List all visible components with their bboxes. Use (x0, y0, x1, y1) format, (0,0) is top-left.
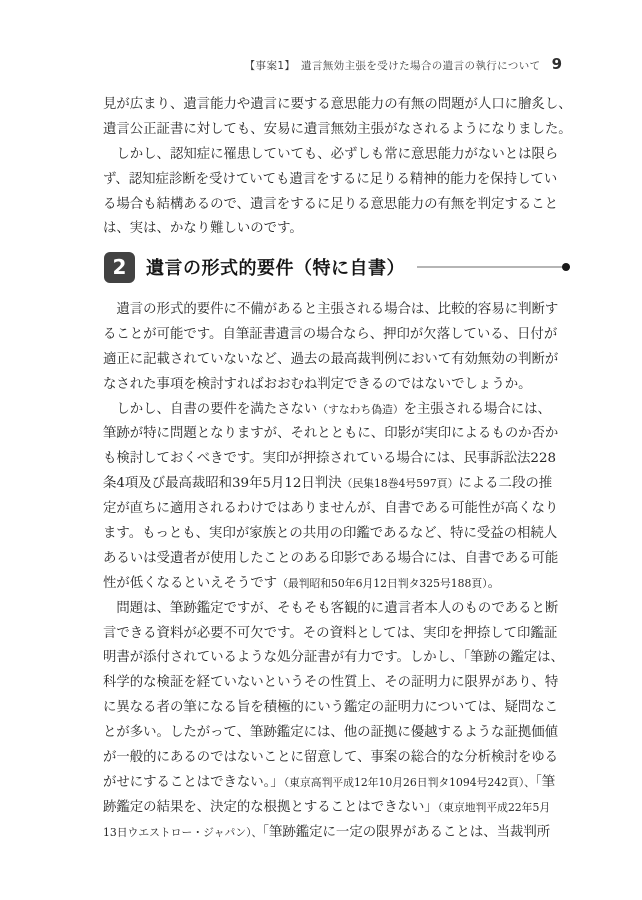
text-line: ます。もっとも、実印が家族との共用の印鑑であるなど、特に受益の相続人 (103, 522, 581, 547)
page-header: 【事案1】 遺言無効主張を受けた場合の遺言の執行について 9 (245, 55, 562, 73)
text-line: がせにすることはできない。」（東京高判平成12年10月26日判タ1094号242… (103, 771, 581, 796)
text-segment: （最判昭和50年6月12日判タ325号188頁） (277, 577, 488, 590)
text-segment: なされた事項を検討すればおおむね判定できるのではないでしょうか。 (103, 377, 532, 392)
text-segment: る場合も結構あるので、遺言をするに足りる意思能力の有無を判定すること (103, 197, 558, 212)
text-line: 跡鑑定の結果を、決定的な根拠とすることはできない」（東京地判平成22年5月 (103, 796, 581, 821)
text-segment: 問題は、筆跡鑑定ですが、そもそも客観的に遺言者本人のものであると断 (103, 601, 558, 616)
text-line: る場合も結構あるので、遺言をするに足りる意思能力の有無を判定すること (103, 193, 581, 218)
text-segment: 「筆跡鑑定に一定の限界があることは、当裁判所 (262, 825, 550, 840)
text-segment: 「筆 (535, 775, 555, 790)
text-segment: による二段の推 (458, 476, 552, 491)
text-segment: が一般的にあるのではないことに留意して、事案の総合的な分析検討をゆる (103, 750, 558, 765)
text-segment: 適正に記載されていないなど、過去の最高裁判例において有効無効の判断が (103, 352, 558, 367)
text-line: 遺言の形式的要件に不備があると主張される場合は、比較的容易に判断す (103, 298, 581, 323)
text-segment: 明書が添付されているような処分証書が有力です。しかし、「筆跡の鑑定は、 (103, 650, 564, 665)
text-line: とが多い。したがって、筆跡鑑定には、他の証拠に優越するような証拠価値 (103, 721, 581, 746)
text-segment: 科学的な検証を経ていないというその性質上、その証明力に限界があり、特 (103, 675, 558, 690)
section-title: 遺言の形式的要件（特に自書） (146, 254, 405, 280)
text-line: 科学的な検証を経ていないというその性質上、その証明力に限界があり、特 (103, 671, 581, 696)
heading-rule-line (417, 266, 570, 268)
text-segment: （民集18巻4号597頁） (342, 477, 459, 490)
text-segment: ることが可能です。自筆証書遺言の場合なら、押印が欠落している、日付が (103, 327, 557, 342)
text-line: 条4項及び最高裁昭和39年5月12日判決（民集18巻4号597頁）による二段の推 (103, 472, 581, 497)
text-segment: は、実は、かなり難しいのです。 (103, 221, 303, 236)
text-segment: （すなわち偽造） (317, 403, 403, 416)
body-text-before-heading: 見が広まり、遺言能力や遺言に要する意思能力の有無の問題が人口に膾炙し、遺言公正証… (103, 93, 581, 242)
text-line: も検討しておくべきです。実印が押捺されている場合には、民事訴訟法228 (103, 447, 581, 472)
text-segment: とが多い。したがって、筆跡鑑定には、他の証拠に優越するような証拠価値 (103, 725, 558, 740)
section-heading: 2 遺言の形式的要件（特に自書） (104, 251, 570, 283)
heading-rule-endpoint-dot (562, 263, 570, 271)
text-segment: を主張される場合には、 (404, 402, 551, 417)
text-line: 性が低くなるといえそうです（最判昭和50年6月12日判タ325号188頁）。 (103, 572, 581, 597)
text-line: 定が直ちに適用されるわけではありませんが、自書である可能性が高くなり (103, 497, 581, 522)
header-title: 【事案1】 遺言無効主張を受けた場合の遺言の執行について (245, 58, 541, 73)
text-line: なされた事項を検討すればおおむね判定できるのではないでしょうか。 (103, 373, 581, 398)
text-segment: あるいは受遺者が使用したことのある印影である場合には、自書である可能 (103, 551, 558, 566)
text-line: あるいは受遺者が使用したことのある印影である場合には、自書である可能 (103, 547, 581, 572)
page-number: 9 (552, 55, 562, 73)
text-line: 見が広まり、遺言能力や遺言に要する意思能力の有無の問題が人口に膾炙し、 (103, 93, 581, 118)
text-segment: も検討しておくべきです。実印が押捺されている場合には、民事訴訟法228 (103, 451, 556, 466)
book-page: 【事案1】 遺言無効主張を受けた場合の遺言の執行について 9 見が広まり、遺言能… (0, 0, 642, 900)
section-number-badge: 2 (104, 252, 135, 283)
text-segment: 定が直ちに適用されるわけではありませんが、自書である可能性が高くなり (103, 501, 558, 516)
text-line: 遺言公正証書に対しても、安易に遺言無効主張がなされるようになりました。 (103, 118, 581, 143)
text-line: 問題は、筆跡鑑定ですが、そもそも客観的に遺言者本人のものであると断 (103, 597, 581, 622)
text-line: 筆跡が特に問題となりますが、それとともに、印影が実印によるものか否か (103, 422, 581, 447)
text-line: 適正に記載されていないなど、過去の最高裁判例において有効無効の判断が (103, 348, 581, 373)
text-line: 言できる資料が必要不可欠です。その資料としては、実印を押捺して印鑑証 (103, 622, 581, 647)
text-segment: ます。もっとも、実印が家族との共用の印鑑であるなど、特に受益の相続人 (103, 526, 557, 541)
text-segment: しかし、認知症に罹患していても、必ずしも常に意思能力がないとは限ら (103, 147, 558, 162)
body-text-after-heading: 遺言の形式的要件に不備があると主張される場合は、比較的容易に判断することが可能で… (103, 298, 581, 846)
text-line: 13日ウエストロー・ジャパン）、「筆跡鑑定に一定の限界があることは、当裁判所 (103, 821, 581, 846)
text-line: ず、認知症診断を受けていても遺言をするに足りる精神的能力を保持してい (103, 168, 581, 193)
text-segment: がせにすることはできない。」 (103, 775, 284, 790)
text-line: は、実は、かなり難しいのです。 (103, 217, 581, 242)
text-segment: ず、認知症診断を受けていても遺言をするに足りる精神的能力を保持してい (103, 172, 557, 187)
text-line: しかし、認知症に罹患していても、必ずしも常に意思能力がないとは限ら (103, 143, 581, 168)
text-segment: 13日ウエストロー・ジャパン）、 (103, 826, 262, 839)
text-segment: （東京高判平成12年10月26日判タ1094号242頁）、 (284, 776, 535, 789)
text-line: 明書が添付されているような処分証書が有力です。しかし、「筆跡の鑑定は、 (103, 646, 581, 671)
text-line: に異なる者の筆になる旨を積極的にいう鑑定の証明力については、疑問なこ (103, 696, 581, 721)
text-segment: 見が広まり、遺言能力や遺言に要する意思能力の有無の問題が人口に膾炙し、 (103, 97, 572, 112)
text-segment: 筆跡が特に問題となりますが、それとともに、印影が実印によるものか否か (103, 426, 558, 441)
text-line: しかし、自書の要件を満たさない（すなわち偽造）を主張される場合には、 (103, 398, 581, 423)
text-segment: 跡鑑定の結果を、決定的な根拠とすることはできない」 (103, 800, 438, 815)
text-segment: 。 (488, 576, 501, 591)
text-line: が一般的にあるのではないことに留意して、事案の総合的な分析検討をゆる (103, 746, 581, 771)
text-line: ることが可能です。自筆証書遺言の場合なら、押印が欠落している、日付が (103, 323, 581, 348)
text-segment: しかし、自書の要件を満たさない (103, 402, 317, 417)
text-segment: 遺言の形式的要件に不備があると主張される場合は、比較的容易に判断す (103, 302, 558, 317)
text-segment: 条4項及び最高裁昭和39年5月12日判決 (103, 476, 342, 491)
text-segment: に異なる者の筆になる旨を積極的にいう鑑定の証明力については、疑問なこ (103, 700, 558, 715)
text-segment: 言できる資料が必要不可欠です。その資料としては、実印を押捺して印鑑証 (103, 626, 557, 641)
text-segment: 性が低くなるといえそうです (103, 576, 277, 591)
text-segment: （東京地判平成22年5月 (438, 801, 550, 814)
text-segment: 遺言公正証書に対しても、安易に遺言無効主張がなされるようになりました。 (103, 122, 572, 137)
